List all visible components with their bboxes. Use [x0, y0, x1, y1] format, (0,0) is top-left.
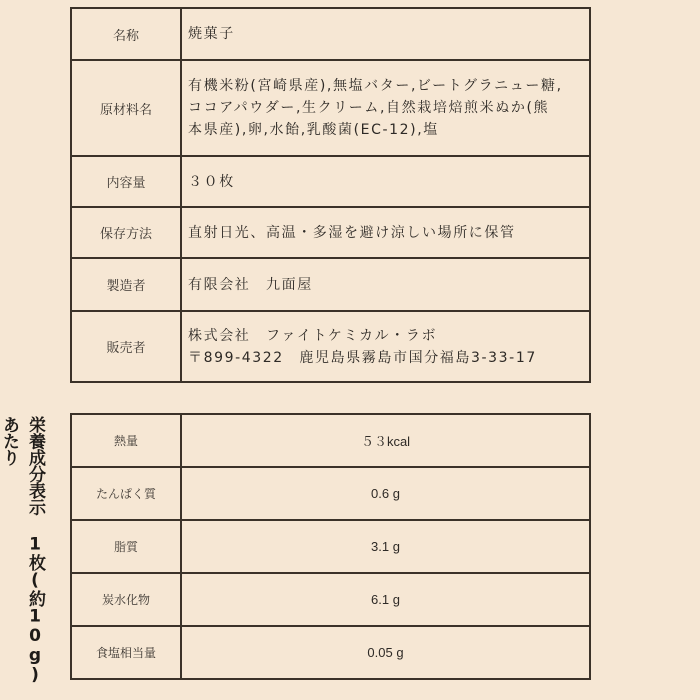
nutrient-label: たんぱく質	[71, 467, 181, 520]
ingredients-line-2: ココアパウダー,生クリーム,自然栽培焙煎米ぬか(熊	[188, 97, 589, 119]
nutrition-table: 熱量 ５３kcal たんぱく質 0.6 g 脂質 3.1 g 炭水化物 6.1 …	[70, 413, 591, 680]
row-value: 有限会社 九面屋	[181, 258, 590, 311]
product-name: 焼菓子	[188, 23, 589, 45]
nutrient-value: 0.05 g	[181, 626, 590, 679]
row-value: ３０枚	[181, 156, 590, 207]
row-value: 焼菓子	[181, 8, 590, 60]
row-label: 名称	[71, 8, 181, 60]
manufacturer-value: 有限会社 九面屋	[188, 274, 589, 296]
table-row-quantity: 内容量 ３０枚	[71, 156, 590, 207]
table-row-name: 名称 焼菓子	[71, 8, 590, 60]
storage-value: 直射日光、高温・多湿を避け涼しい場所に保管	[188, 222, 589, 244]
row-value: 株式会社 ファイトケミカル・ラボ 〒899-4322 鹿児島県霧島市国分福島3-…	[181, 311, 590, 382]
row-value: 直射日光、高温・多湿を避け涼しい場所に保管	[181, 207, 590, 258]
table-row: 炭水化物 6.1 g	[71, 573, 590, 626]
nutrient-value: ５３kcal	[181, 414, 590, 467]
row-label: 原材料名	[71, 60, 181, 156]
row-label: 内容量	[71, 156, 181, 207]
row-label: 保存方法	[71, 207, 181, 258]
nutrient-label: 食塩相当量	[71, 626, 181, 679]
quantity-value: ３０枚	[188, 171, 589, 193]
table-row-seller: 販売者 株式会社 ファイトケミカル・ラボ 〒899-4322 鹿児島県霧島市国分…	[71, 311, 590, 382]
nutrient-label: 熱量	[71, 414, 181, 467]
product-info-table: 名称 焼菓子 原材料名 有機米粉(宮崎県産),無塩バター,ビートグラニュー糖, …	[70, 7, 591, 383]
nutrient-label: 炭水化物	[71, 573, 181, 626]
table-row: 脂質 3.1 g	[71, 520, 590, 573]
table-row: 食塩相当量 0.05 g	[71, 626, 590, 679]
table-row-manufacturer: 製造者 有限会社 九面屋	[71, 258, 590, 311]
row-label: 製造者	[71, 258, 181, 311]
nutrition-heading: 栄養成分表示 1枚(約10g)あたり	[22, 416, 48, 700]
nutrient-value: 6.1 g	[181, 573, 590, 626]
ingredients-line-1: 有機米粉(宮崎県産),無塩バター,ビートグラニュー糖,	[188, 75, 589, 97]
nutrient-value: 3.1 g	[181, 520, 590, 573]
seller-address: 〒899-4322 鹿児島県霧島市国分福島3-33-17	[188, 347, 589, 369]
ingredients-line-3: 本県産),卵,水飴,乳酸菌(EC-12),塩	[188, 119, 589, 141]
table-row: たんぱく質 0.6 g	[71, 467, 590, 520]
row-value: 有機米粉(宮崎県産),無塩バター,ビートグラニュー糖, ココアパウダー,生クリー…	[181, 60, 590, 156]
row-label: 販売者	[71, 311, 181, 382]
table-row-ingredients: 原材料名 有機米粉(宮崎県産),無塩バター,ビートグラニュー糖, ココアパウダー…	[71, 60, 590, 156]
table-row: 熱量 ５３kcal	[71, 414, 590, 467]
nutrient-value: 0.6 g	[181, 467, 590, 520]
nutrient-label: 脂質	[71, 520, 181, 573]
seller-name: 株式会社 ファイトケミカル・ラボ	[188, 325, 589, 347]
table-row-storage: 保存方法 直射日光、高温・多湿を避け涼しい場所に保管	[71, 207, 590, 258]
